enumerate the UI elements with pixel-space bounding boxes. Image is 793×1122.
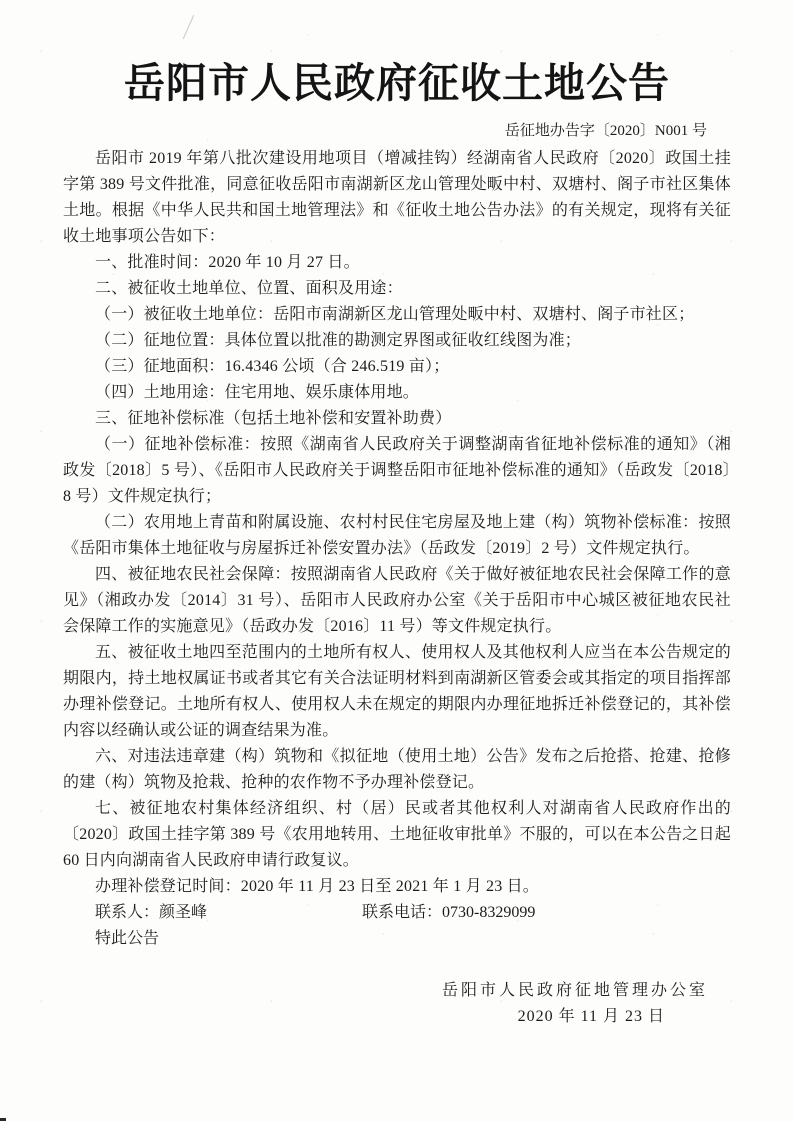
paragraph-item-3-2: （二）农用地上青苗和附属设施、农村村民住宅房屋及地上建（构）筑物补偿标准：按照《… xyxy=(63,510,731,562)
contact-person: 联系人：颜圣峰 xyxy=(95,904,207,921)
paragraph-item-2-2: （二）征地位置：具体位置以批准的勘测定界图或征收红线图为准； xyxy=(63,328,731,354)
contact-phone: 联系电话：0730-8329099 xyxy=(362,900,535,926)
closing-text: 特此公告 xyxy=(95,930,159,947)
issuer-office: 岳阳市人民政府征地管理办公室 xyxy=(63,978,731,1004)
closing-line: 特此公告 xyxy=(63,926,731,952)
document-body: 岳阳市 2019 年第八批次建设用地项目（增减挂钩）经湖南省人民政府〔2020〕… xyxy=(63,146,731,900)
paragraph-intro: 岳阳市 2019 年第八批次建设用地项目（增减挂钩）经湖南省人民政府〔2020〕… xyxy=(63,146,731,250)
paragraph-item-4: 四、被征地农民社会保障：按照湖南省人民政府《关于做好被征地农民社会保障工作的意见… xyxy=(63,562,731,640)
paragraph-item-2-4: （四）土地用途：住宅用地、娱乐康体用地。 xyxy=(63,380,731,406)
document-content: 岳阳市人民政府征收土地公告 岳征地办告字〔2020〕N001 号 岳阳市 201… xyxy=(63,58,731,1030)
scan-scratch-artifact xyxy=(183,15,194,39)
signature-block: 岳阳市人民政府征地管理办公室 2020 年 11 月 23 日 xyxy=(63,978,731,1030)
paragraph-item-3: 三、征地补偿标准（包括土地补偿和安置补助费） xyxy=(63,406,731,432)
paragraph-item-1: 一、批准时间：2020 年 10 月 27 日。 xyxy=(63,250,731,276)
paragraph-item-2-1: （一）被征收土地单位：岳阳市南湖新区龙山管理处畈中村、双塘村、阁子市社区； xyxy=(63,302,731,328)
paragraph-item-7: 七、被征地农村集体经济组织、村（居）民或者其他权利人对湖南省人民政府作出的〔20… xyxy=(63,796,731,874)
page-title: 岳阳市人民政府征收土地公告 xyxy=(63,58,731,108)
doc-number: 岳征地办告字〔2020〕N001 号 xyxy=(63,116,731,146)
paragraph-item-3-1: （一）征地补偿标准：按照《湖南省人民政府关于调整湖南省征地补偿标准的通知》（湘政… xyxy=(63,432,731,510)
paragraph-item-2: 二、被征收土地单位、位置、面积及用途： xyxy=(63,276,731,302)
paragraph-item-2-3: （三）征地面积：16.4346 公顷（合 246.519 亩）； xyxy=(63,354,731,380)
issue-date: 2020 年 11 月 23 日 xyxy=(63,1004,731,1030)
paragraph-registration-period: 办理补偿登记时间：2020 年 11 月 23 日至 2021 年 1 月 23… xyxy=(63,874,731,900)
paragraph-item-5: 五、被征收土地四至范围内的土地所有权人、使用权人及其他权利人应当在本公告规定的期… xyxy=(63,640,731,744)
paragraph-item-6: 六、对违法违章建（构）筑物和《拟征地（使用土地）公告》发布之后抢搭、抢建、抢修的… xyxy=(63,744,731,796)
scan-corner-artifact xyxy=(0,1118,6,1121)
scanned-announcement-page: 岳阳市人民政府征收土地公告 岳征地办告字〔2020〕N001 号 岳阳市 201… xyxy=(0,0,793,1122)
contact-line: 联系人：颜圣峰 联系电话：0730-8329099 xyxy=(63,900,731,926)
